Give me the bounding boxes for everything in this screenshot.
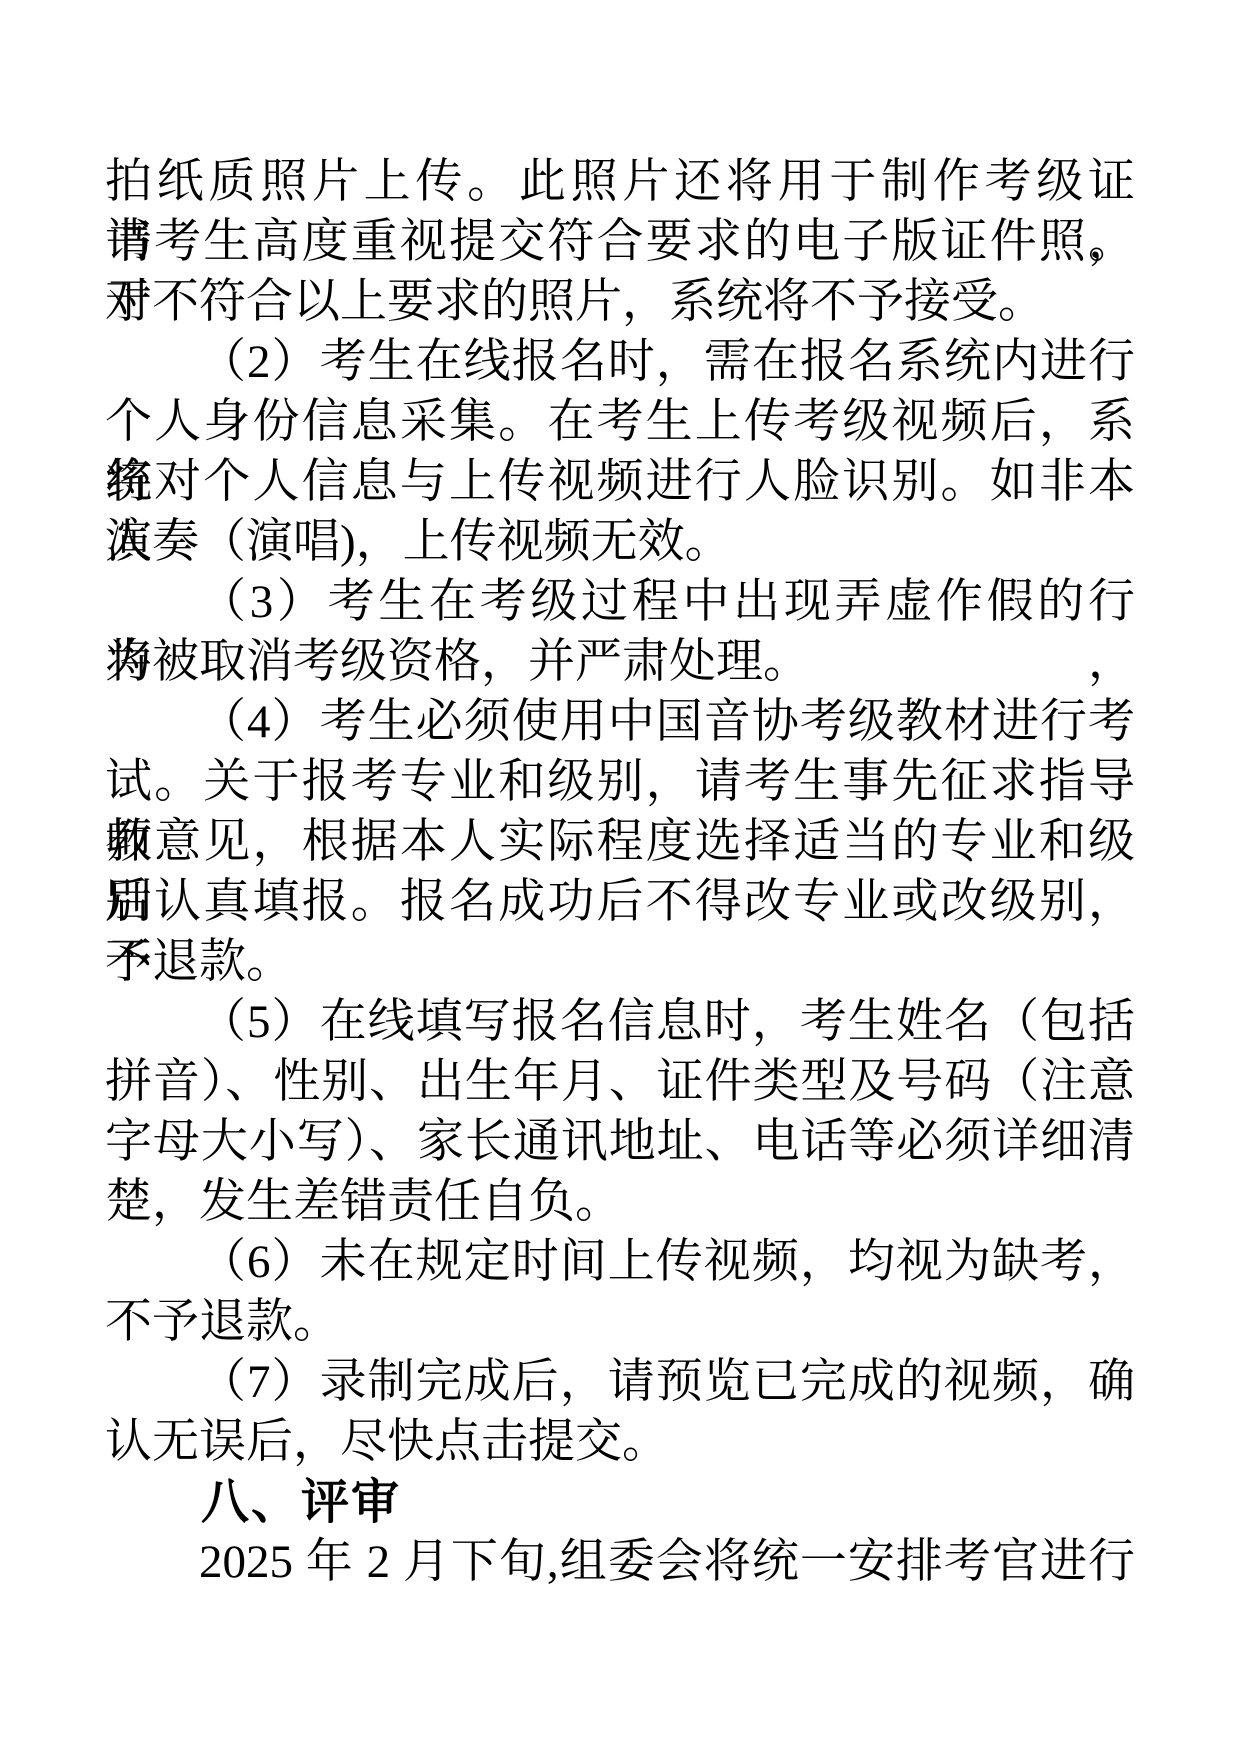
- text-line: 字母大小写）、家长通讯地址、电话等必须详细清: [105, 1112, 1135, 1172]
- text-line: （5）在线填写报名信息时，考生姓名（包括: [105, 992, 1135, 1052]
- text-line: 请考生高度重视提交符合要求的电子版证件照。对: [105, 212, 1135, 272]
- text-line: 楚，发生差错责任自负。: [105, 1172, 1135, 1232]
- text-line: 于不符合以上要求的照片，系统将不予接受。: [105, 272, 1135, 332]
- text-line: （6）未在规定时间上传视频，均视为缺考，: [105, 1232, 1135, 1292]
- section-heading: 八、评审: [105, 1472, 1135, 1532]
- document-page: 拍纸质照片上传。此照片还将用于制作考级证书， 请考生高度重视提交符合要求的电子版…: [0, 0, 1241, 1754]
- text-line: 演奏（演唱)，上传视频无效。: [105, 512, 1135, 572]
- text-line: 将对个人信息与上传视频进行人脸识别。如非本人: [105, 452, 1135, 512]
- text-line: （4）考生必须使用中国音协考级教材进行考: [105, 692, 1135, 752]
- text-line: 个人身份信息采集。在考生上传考级视频后，系统: [105, 392, 1135, 452]
- text-line: 2025 年 2 月下旬,组委会将统一安排考官进行: [105, 1532, 1135, 1592]
- text-line: （3）考生在考级过程中出现弄虚作假的行为，: [105, 572, 1135, 632]
- text-line: 后认真填报。报名成功后不得改专业或改级别，不: [105, 872, 1135, 932]
- text-line: （2）考生在线报名时，需在报名系统内进行: [105, 332, 1135, 392]
- text-line: （7）录制完成后，请预览已完成的视频，确: [105, 1352, 1135, 1412]
- text-line: 试。关于报考专业和级别，请考生事先征求指导教: [105, 752, 1135, 812]
- text-line: 予退款。: [105, 932, 1135, 992]
- text-line: 师意见，根据本人实际程度选择适当的专业和级别: [105, 812, 1135, 872]
- text-content: 拍纸质照片上传。此照片还将用于制作考级证书， 请考生高度重视提交符合要求的电子版…: [105, 152, 1135, 1592]
- text-line: 拼音）、性别、出生年月、证件类型及号码（注意: [105, 1052, 1135, 1112]
- text-line: 拍纸质照片上传。此照片还将用于制作考级证书，: [105, 152, 1135, 212]
- text-line: 认无误后，尽快点击提交。: [105, 1412, 1135, 1472]
- text-line: 不予退款。: [105, 1292, 1135, 1352]
